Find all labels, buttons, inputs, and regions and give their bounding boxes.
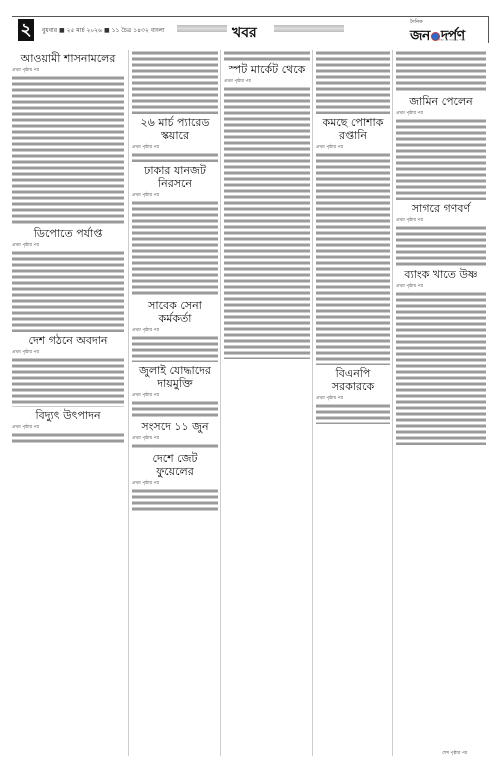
newspaper-page: ২ বুধবার ■ ২৫ মার্চ ২০২৬ ■ ১১ চৈত্র ১৪৩২…	[12, 16, 488, 760]
article-body	[12, 357, 124, 407]
section-title: খবর	[232, 21, 257, 45]
dateline: বুধবার ■ ২৫ মার্চ ২০২৬ ■ ১১ চৈত্র ১৪৩২ ব…	[42, 25, 165, 36]
article-headline: সাগরে গণবর্ণ	[396, 202, 486, 215]
article-body	[396, 50, 486, 93]
article: আওয়ামী শাসনামলেরপ্রথম পৃষ্ঠার পর	[12, 52, 124, 225]
article-headline: দেশ গঠনে অবদান	[12, 334, 124, 347]
article-headline: সংসদে ১১ জুন	[132, 420, 218, 433]
column-4: কমছে পোশাক রপ্তানিপ্রথম পৃষ্ঠার পরবিএনপি…	[316, 50, 390, 426]
article-body	[12, 250, 124, 332]
article-byline: প্রথম পৃষ্ঠার পর	[132, 192, 218, 199]
column-3: স্পট মার্কেট থেকেপ্রথম পৃষ্ঠার পর	[224, 50, 310, 361]
logo-text: জনদর্পণ	[410, 24, 465, 48]
article: বিদ্যুৎ উৎপাদনপ্রথম পৃষ্ঠার পর	[12, 409, 124, 446]
article: দেশ গঠনে অবদানপ্রথম পৃষ্ঠার পর	[12, 334, 124, 407]
article-headline: ঢাকার যানজট নিরসনে	[132, 164, 218, 190]
article: সাবেক সেনা কর্মকর্তাপ্রথম পৃষ্ঠার পর	[132, 299, 218, 361]
article: বিএনপি সরকারকেপ্রথম পৃষ্ঠার পর	[316, 367, 390, 423]
article-byline: প্রথম পৃষ্ঠার পর	[316, 144, 390, 151]
article-body	[132, 152, 218, 162]
article-headline: ডিপোতে পর্যাপ্ত	[12, 227, 124, 240]
article-byline: প্রথম পৃষ্ঠার পর	[316, 395, 390, 402]
continued-note: শেষ পৃষ্ঠার পর	[442, 750, 467, 757]
article-body	[316, 152, 390, 366]
article-byline: প্রথম পৃষ্ঠার পর	[132, 327, 218, 334]
article-body	[12, 75, 124, 225]
article: কমছে পোশাক রপ্তানিপ্রথম পৃষ্ঠার পর	[316, 116, 390, 366]
article-byline: প্রথম পৃষ্ঠার পর	[396, 217, 486, 224]
masthead: ২ বুধবার ■ ২৫ মার্চ ২০২৬ ■ ১১ চৈত্র ১৪৩২…	[12, 16, 489, 43]
column-5: জামিন পেলেনপ্রথম পৃষ্ঠার পরসাগরে গণবর্ণপ…	[396, 50, 486, 447]
article-body	[316, 50, 390, 114]
column-rule	[392, 50, 393, 756]
article-byline: প্রথম পৃষ্ঠার পর	[12, 424, 124, 431]
article-body	[224, 50, 310, 61]
article: ডিপোতে পর্যাপ্তপ্রথম পৃষ্ঠার পর	[12, 227, 124, 332]
article	[316, 50, 390, 114]
article-body	[396, 118, 486, 200]
column-1: আওয়ামী শাসনামলেরপ্রথম পৃষ্ঠার পরডিপোতে …	[12, 50, 124, 447]
article-headline: জামিন পেলেন	[396, 95, 486, 108]
article: দেশে জেট ফুয়েলেরপ্রথম পৃষ্ঠার পর	[132, 452, 218, 511]
article	[224, 50, 310, 61]
column-2: ২৬ মার্চ প্যারেড স্কয়ারেপ্রথম পৃষ্ঠার প…	[132, 50, 218, 513]
article: ২৬ মার্চ প্যারেড স্কয়ারেপ্রথম পৃষ্ঠার প…	[132, 116, 218, 162]
article-body	[132, 50, 218, 114]
article-byline: প্রথম পৃষ্ঠার পর	[132, 480, 218, 487]
article-headline: জুলাই যোদ্ধাদের দায়মুক্তি	[132, 364, 218, 390]
article-body	[224, 86, 310, 359]
article-headline: ব্যাংক খাতে উষ্ণ	[396, 268, 486, 281]
article: জামিন পেলেনপ্রথম পৃষ্ঠার পর	[396, 95, 486, 200]
article-body	[132, 443, 218, 450]
article-byline: প্রথম পৃষ্ঠার পর	[224, 78, 310, 85]
article-headline: দেশে জেট ফুয়েলের	[132, 452, 218, 478]
article: ব্যাংক খাতে উষ্ণপ্রথম পৃষ্ঠার পর	[396, 268, 486, 446]
article-byline: প্রথম পৃষ্ঠার পর	[12, 349, 124, 356]
article-body	[396, 291, 486, 446]
article: ঢাকার যানজট নিরসনেপ্রথম পৃষ্ঠার পর	[132, 164, 218, 298]
column-rule	[128, 50, 129, 756]
article-byline: প্রথম পৃষ্ঠার পর	[396, 110, 486, 117]
decorative-bar-left	[177, 25, 227, 32]
article: স্পট মার্কেট থেকেপ্রথম পৃষ্ঠার পর	[224, 63, 310, 359]
article-body	[132, 488, 218, 511]
column-rule	[312, 50, 313, 756]
article-headline: স্পট মার্কেট থেকে	[224, 63, 310, 76]
page-number: ২	[18, 19, 34, 41]
article-byline: প্রথম পৃষ্ঠার পর	[132, 144, 218, 151]
logo: দৈনিক জনদর্পণ সত্য ও ন্যায়ের পথে	[408, 19, 486, 41]
article-byline: প্রথম পৃষ্ঠার পর	[132, 435, 218, 442]
article-byline: প্রথম পৃষ্ঠার পর	[12, 242, 124, 249]
article-byline: প্রথম পৃষ্ঠার পর	[12, 67, 124, 74]
article-body	[132, 200, 218, 298]
article-headline: বিএনপি সরকারকে	[316, 367, 390, 393]
article: সংসদে ১১ জুনপ্রথম পৃষ্ঠার পর	[132, 420, 218, 450]
article-byline: প্রথম পৃষ্ঠার পর	[132, 392, 218, 399]
article-body	[316, 403, 390, 423]
decorative-bar-right	[274, 25, 344, 32]
article	[396, 50, 486, 93]
article-body	[132, 400, 218, 418]
article-headline: আওয়ামী শাসনামলের	[12, 52, 124, 65]
article-body	[132, 335, 218, 361]
article: সাগরে গণবর্ণপ্রথম পৃষ্ঠার পর	[396, 202, 486, 266]
article-body	[12, 432, 124, 446]
article-headline: সাবেক সেনা কর্মকর্তা	[132, 299, 218, 325]
logo-tagline: সত্য ও ন্যায়ের পথে	[438, 38, 465, 44]
column-rule	[220, 50, 221, 756]
article-headline: কমছে পোশাক রপ্তানি	[316, 116, 390, 142]
article: জুলাই যোদ্ধাদের দায়মুক্তিপ্রথম পৃষ্ঠার …	[132, 364, 218, 418]
article-headline: ২৬ মার্চ প্যারেড স্কয়ারে	[132, 116, 218, 142]
article-body	[396, 225, 486, 266]
article-byline: প্রথম পৃষ্ঠার পর	[396, 283, 486, 290]
article	[132, 50, 218, 114]
article-headline: বিদ্যুৎ উৎপাদন	[12, 409, 124, 422]
